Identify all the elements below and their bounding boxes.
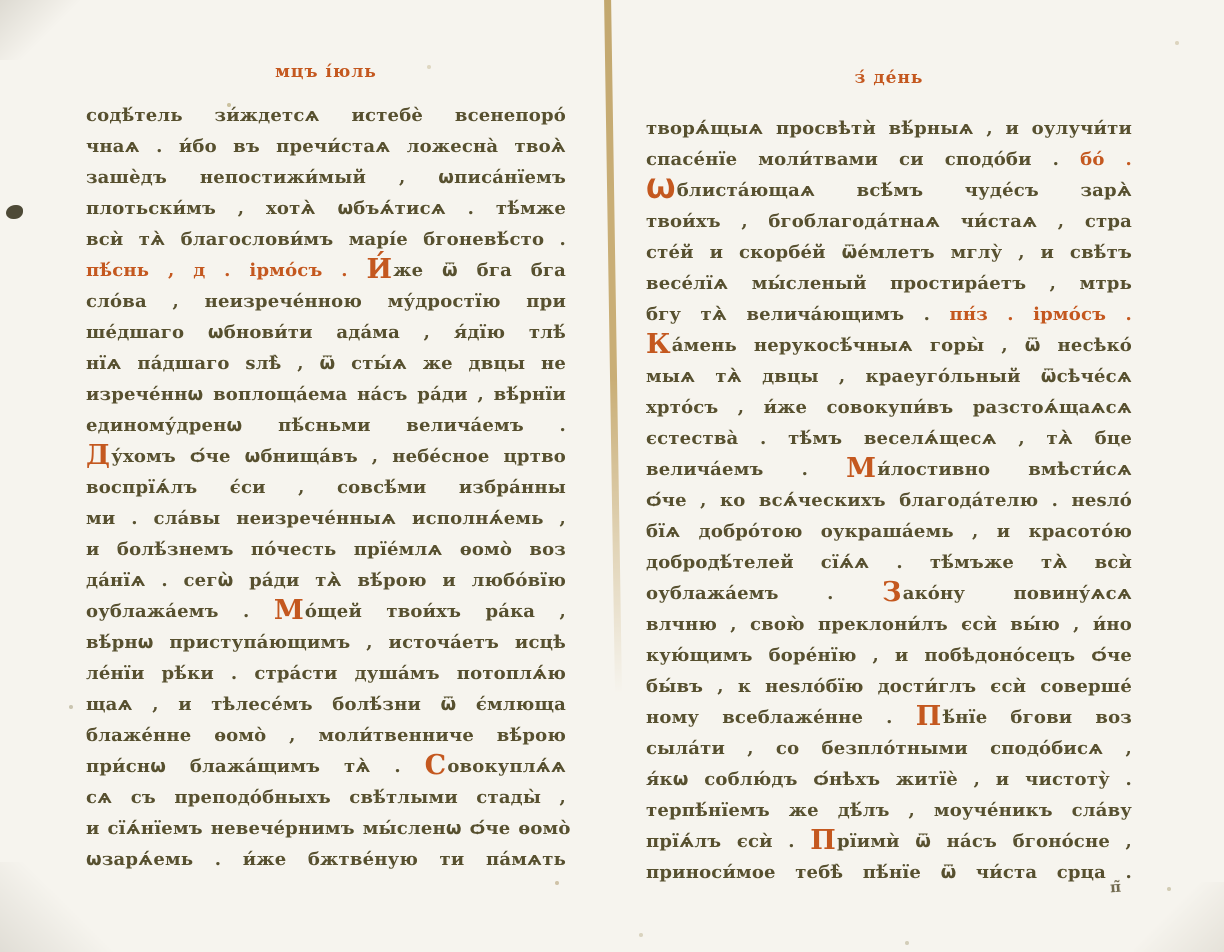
text-line: твои́хъ , бгоблагода́тнаѧ чи́стаѧ , стра bbox=[646, 206, 1132, 237]
text-line: вѣ́рнѡ приступа́ющимъ , источа́етъ исцѣ bbox=[86, 627, 566, 658]
body-text: терпѣ́нїемъ же дѣ́лъ , моуче́никъ сла́ву bbox=[646, 800, 1132, 821]
text-line: щаѧ , и тѣлесе́мъ болѣ́зни ѿ є́млюща bbox=[86, 689, 566, 720]
body-text: рїимѝ ѿ на́съ бгоно́сне , bbox=[837, 831, 1132, 852]
text-line: ше́дшаго ѡбнови́ти ада́ма , я́дїю тлѣ́ bbox=[86, 317, 566, 348]
body-text: изрече́ннѡ воплоща́ема на́съ ра́ди , вѣ́… bbox=[86, 384, 566, 405]
text-line: чнаѧ . и́бо въ пречи́стаѧ ложесна̀ твоѧ̀ bbox=[86, 131, 566, 162]
body-text: зашѐдъ непостижи́мый , ѡписа́нїемъ bbox=[86, 167, 566, 188]
text-line: мыѧ тѧ̀ двцы , краеуго́льный ѿсѣче́сѧ bbox=[646, 361, 1132, 392]
body-text: при́снѡ блажа́щимъ тѧ̀ . bbox=[86, 756, 401, 777]
text-line: весе́лїѧ мы́сленый простира́етъ , мтрь bbox=[646, 268, 1132, 299]
body-text: нїѧ па́дшаго ѕлѣ̀ , ѿ сты́ѧ же двцы не bbox=[86, 353, 566, 374]
body-text: єстества̀ . тѣ́мъ веселѧ́щесѧ , тѧ̀ бце bbox=[646, 428, 1132, 449]
text-line: бгу тѧ̀ велича́ющимъ . пн́з . ірмо́съ . bbox=[646, 299, 1132, 330]
paper-specks bbox=[0, 0, 2, 2]
text-line: ѻ́че , ко всѧ́ческихъ благода́телю . неѕ… bbox=[646, 485, 1132, 516]
text-line: ному всеблаже́нне . Пѣ́нїе бгови воз bbox=[646, 702, 1132, 733]
body-text: ако́ну повину́ѧсѧ bbox=[903, 583, 1132, 604]
body-text: хрто́съ , и́же совокупи́въ разстоѧ́щаѧсѧ bbox=[646, 397, 1132, 418]
body-text: спасе́нїе моли́твами си сподо́би . bbox=[646, 149, 1059, 170]
text-line: добродѣ́телей сїѧ́ѧ . тѣ́мъже тѧ̀ всѝ bbox=[646, 547, 1132, 578]
text-line: при́снѡ блажа́щимъ тѧ̀ . Совокуплѧ́ѧ bbox=[86, 751, 566, 782]
text-line: оублажа́емъ . Мо́щей твои́хъ ра́ка , bbox=[86, 596, 566, 627]
body-text: творѧ́щыѧ просвѣтѝ вѣ́рныѧ , и оулучи́ти bbox=[646, 118, 1132, 139]
text-line: всѝ тѧ̀ благослови́мъ марі́е бгоневѣ́сто… bbox=[86, 224, 566, 255]
text-line: сыла́ти , со безпло́тными сподо́бисѧ , bbox=[646, 733, 1132, 764]
text-line: да́нїѧ . сегѡ̀ ра́ди тѧ̀ вѣ́рою и любо́в… bbox=[86, 565, 566, 596]
ink-blot bbox=[6, 205, 23, 219]
book-scan: мцъ і́юль з́ де́нь содѣ́тель зи́ждетсѧ и… bbox=[0, 0, 1224, 952]
body-text: сте́й и скорбе́й ѿе́млетъ мглу̀ , и свѣ́… bbox=[646, 242, 1132, 263]
text-line: я́кѡ соблю́дъ ѻ́нѣхъ житїѐ , и чистоту̀ … bbox=[646, 764, 1132, 795]
text-line: и болѣ́знемъ по́честь прїе́млѧ ѳомо̀ воз bbox=[86, 534, 566, 565]
body-text: бїѧ добро́тою оукраша́емь , и красото́ю bbox=[646, 521, 1132, 542]
body-text: кую́щимъ боре́нїю , и побѣдоно́сецъ ѻ́че bbox=[646, 645, 1132, 666]
rubric-initial: К bbox=[646, 329, 672, 360]
body-text bbox=[401, 756, 425, 777]
rubric-initial: М bbox=[274, 595, 305, 626]
body-text: и́лостивно вмѣсти́сѧ bbox=[877, 459, 1132, 480]
body-text: бы́въ , к неѕло́бїю дости́глъ єсѝ соверш… bbox=[646, 676, 1132, 697]
body-text bbox=[834, 583, 882, 604]
body-text bbox=[795, 831, 811, 852]
text-line: творѧ́щыѧ просвѣтѝ вѣ́рныѧ , и оулучи́ти bbox=[646, 113, 1132, 144]
body-text: я́кѡ соблю́дъ ѻ́нѣхъ житїѐ , и чистоту̀ … bbox=[646, 769, 1132, 790]
body-text: и болѣ́знемъ по́честь прїе́млѧ ѳомо̀ воз bbox=[86, 539, 566, 560]
body-text: сло́ва , неизрече́нною му́дростїю при bbox=[86, 291, 566, 312]
body-text: ному всеблаже́нне . bbox=[646, 707, 893, 728]
text-line: плотьски́мъ , хотѧ̀ ѡбъѧ́тисѧ . тѣ́мже bbox=[86, 193, 566, 224]
body-text: а́мень нерукосѣ́чныѧ горы̀ , ѿ несѣко́ bbox=[672, 335, 1132, 356]
page-corner-shade bbox=[1134, 882, 1224, 952]
body-text: ѡзарѧ́емь . и́же бжтве́ную ти па́мѧть bbox=[86, 849, 566, 870]
text-line: нїѧ па́дшаго ѕлѣ̀ , ѿ сты́ѧ же двцы не bbox=[86, 348, 566, 379]
text-line: изрече́ннѡ воплоща́ема на́съ ра́ди , вѣ́… bbox=[86, 379, 566, 410]
text-line: терпѣ́нїемъ же дѣ́лъ , моуче́никъ сла́ву bbox=[646, 795, 1132, 826]
body-text: бгу тѧ̀ велича́ющимъ . bbox=[646, 304, 930, 325]
body-text: же ѿ бга бга bbox=[393, 260, 566, 281]
text-line: прїѧ́лъ єсѝ . Прїимѝ ѿ на́съ бгоно́сне , bbox=[646, 826, 1132, 857]
body-text: ше́дшаго ѡбнови́ти ада́ма , я́дїю тлѣ́ bbox=[86, 322, 566, 343]
body-text bbox=[249, 601, 273, 622]
text-line: приноси́мое тебѣ̀ пѣ́нїе ѿ чи́ста срца . bbox=[646, 857, 1132, 888]
body-text: сѧ съ преподо́бныхъ свѣ́тлыми стады̀ , bbox=[86, 787, 566, 808]
body-text: плотьски́мъ , хотѧ̀ ѡбъѧ́тисѧ . тѣ́мже bbox=[86, 198, 566, 219]
body-text: у́хомъ ѻ́че ѡбнища́въ , небе́сное цртво bbox=[111, 446, 566, 467]
body-text: приноси́мое тебѣ̀ пѣ́нїе ѿ чи́ста срца . bbox=[646, 862, 1132, 883]
body-text: мыѧ тѧ̀ двцы , краеуго́льный ѿсѣче́сѧ bbox=[646, 366, 1132, 387]
right-running-title: з́ де́нь bbox=[646, 68, 1132, 88]
body-text: чнаѧ . и́бо въ пречи́стаѧ ложесна̀ твоѧ̀ bbox=[86, 136, 566, 157]
text-line: ѡзарѧ́емь . и́же бжтве́ную ти па́мѧть bbox=[86, 844, 566, 875]
body-text: оублажа́емъ . bbox=[646, 583, 834, 604]
body-text: прїѧ́лъ єсѝ . bbox=[646, 831, 795, 852]
text-line: Ѡблиста́ющаѧ всѣ́мъ чуде́съ зарѧ̀ bbox=[646, 175, 1132, 206]
body-text: оублажа́емъ . bbox=[86, 601, 249, 622]
page-corner-shade bbox=[0, 0, 90, 60]
body-text bbox=[808, 459, 846, 480]
rubric-initial: М bbox=[846, 453, 877, 484]
body-text: о́щей твои́хъ ра́ка , bbox=[305, 601, 566, 622]
body-text: ѣ́нїе бгови воз bbox=[942, 707, 1132, 728]
rubric-text: пн́з . ірмо́съ . bbox=[930, 304, 1132, 325]
rubric-initial: И́ bbox=[366, 254, 393, 285]
rubric-initial: С bbox=[425, 750, 448, 781]
text-line: ми . сла́вы неизрече́нныѧ исполнѧ́емь , bbox=[86, 503, 566, 534]
text-line: пѣ́снь , д . ірмо́съ . И́же ѿ бга бга bbox=[86, 255, 566, 286]
body-text: единому́дренѡ пѣ́сньми велича́емъ . bbox=[86, 415, 566, 436]
text-line: Ду́хомъ ѻ́че ѡбнища́въ , небе́сное цртво bbox=[86, 441, 566, 472]
body-text: блаже́нне ѳомо̀ , моли́твенниче вѣ́рою bbox=[86, 725, 566, 746]
rubric-initial: П bbox=[916, 701, 943, 732]
body-text: ле́нїи рѣ́ки . стра́сти душа́мъ потоплѧ́… bbox=[86, 663, 566, 684]
body-text: воспрїѧ́лъ є́си , совсѣ́ми избра́нны bbox=[86, 477, 566, 498]
text-line: и сїѧ́нїемъ невече́рнимъ мы́сленѡ ѻ́че ѳ… bbox=[86, 813, 566, 844]
book-gutter-line bbox=[604, 0, 622, 694]
rubric-initial: Ѡ bbox=[646, 174, 677, 205]
body-text: весе́лїѧ мы́сленый простира́етъ , мтрь bbox=[646, 273, 1132, 294]
text-line: Ка́мень нерукосѣ́чныѧ горы̀ , ѿ несѣко́ bbox=[646, 330, 1132, 361]
text-line: сло́ва , неизрече́нною му́дростїю при bbox=[86, 286, 566, 317]
body-text: ѻ́че , ко всѧ́ческихъ благода́телю . неѕ… bbox=[646, 490, 1132, 511]
body-text: овокуплѧ́ѧ bbox=[447, 756, 566, 777]
body-text: щаѧ , и тѣлесе́мъ болѣ́зни ѿ є́млюща bbox=[86, 694, 566, 715]
text-line: сте́й и скорбе́й ѿе́млетъ мглу̀ , и свѣ́… bbox=[646, 237, 1132, 268]
text-line: оублажа́емъ . Зако́ну повину́ѧсѧ bbox=[646, 578, 1132, 609]
body-text: велича́емъ . bbox=[646, 459, 808, 480]
text-line: единому́дренѡ пѣ́сньми велича́емъ . bbox=[86, 410, 566, 441]
body-text bbox=[348, 260, 367, 281]
rubric-text: пѣ́снь , д . ірмо́съ . bbox=[86, 260, 348, 281]
body-text: ми . сла́вы неизрече́нныѧ исполнѧ́емь , bbox=[86, 508, 566, 529]
rubric-text: бо́ . bbox=[1059, 149, 1132, 170]
rubric-initial: Д bbox=[86, 440, 111, 471]
body-text: добродѣ́телей сїѧ́ѧ . тѣ́мъже тѧ̀ всѝ bbox=[646, 552, 1132, 573]
text-line: велича́емъ . Ми́лостивно вмѣсти́сѧ bbox=[646, 454, 1132, 485]
left-page-text: содѣ́тель зи́ждетсѧ истебѐ всенепоро́чна… bbox=[86, 100, 566, 875]
body-text: сыла́ти , со безпло́тными сподо́бисѧ , bbox=[646, 738, 1132, 759]
text-line: бы́въ , к неѕло́бїю дости́глъ єсѝ соверш… bbox=[646, 671, 1132, 702]
right-page-text: творѧ́щыѧ просвѣтѝ вѣ́рныѧ , и оулучи́ти… bbox=[646, 113, 1132, 888]
body-text bbox=[893, 707, 916, 728]
page-corner-shade bbox=[0, 862, 120, 952]
text-line: ле́нїи рѣ́ки . стра́сти душа́мъ потоплѧ́… bbox=[86, 658, 566, 689]
body-text: твои́хъ , бгоблагода́тнаѧ чи́стаѧ , стра bbox=[646, 211, 1132, 232]
text-line: єстества̀ . тѣ́мъ веселѧ́щесѧ , тѧ̀ бце bbox=[646, 423, 1132, 454]
body-text: блиста́ющаѧ всѣ́мъ чуде́съ зарѧ̀ bbox=[677, 180, 1132, 201]
text-line: спасе́нїе моли́твами си сподо́би . бо́ . bbox=[646, 144, 1132, 175]
text-line: воспрїѧ́лъ є́си , совсѣ́ми избра́нны bbox=[86, 472, 566, 503]
text-line: содѣ́тель зи́ждетсѧ истебѐ всенепоро́ bbox=[86, 100, 566, 131]
text-line: влчню , свою̀ преклони́лъ єсѝ вы́ю , и́н… bbox=[646, 609, 1132, 640]
text-line: хрто́съ , и́же совокупи́въ разстоѧ́щаѧсѧ bbox=[646, 392, 1132, 423]
body-text: да́нїѧ . сегѡ̀ ра́ди тѧ̀ вѣ́рою и любо́в… bbox=[86, 570, 566, 591]
body-text: влчню , свою̀ преклони́лъ єсѝ вы́ю , и́н… bbox=[646, 614, 1132, 635]
body-text: вѣ́рнѡ приступа́ющимъ , источа́етъ исцѣ bbox=[86, 632, 566, 653]
text-line: сѧ съ преподо́бныхъ свѣ́тлыми стады̀ , bbox=[86, 782, 566, 813]
text-line: кую́щимъ боре́нїю , и побѣдоно́сецъ ѻ́че bbox=[646, 640, 1132, 671]
body-text: и сїѧ́нїемъ невече́рнимъ мы́сленѡ ѻ́че ѳ… bbox=[86, 818, 571, 839]
text-line: блаже́нне ѳомо̀ , моли́твенниче вѣ́рою bbox=[86, 720, 566, 751]
rubric-initial: З bbox=[882, 577, 903, 608]
body-text: содѣ́тель зи́ждетсѧ истебѐ всенепоро́ bbox=[86, 105, 566, 126]
left-running-title: мцъ і́юль bbox=[86, 62, 566, 82]
text-line: зашѐдъ непостижи́мый , ѡписа́нїемъ bbox=[86, 162, 566, 193]
body-text: всѝ тѧ̀ благослови́мъ марі́е бгоневѣ́сто… bbox=[86, 229, 566, 250]
rubric-initial: П bbox=[810, 825, 837, 856]
text-line: бїѧ добро́тою оукраша́емь , и красото́ю bbox=[646, 516, 1132, 547]
quire-signature: п̃ bbox=[1109, 878, 1121, 897]
